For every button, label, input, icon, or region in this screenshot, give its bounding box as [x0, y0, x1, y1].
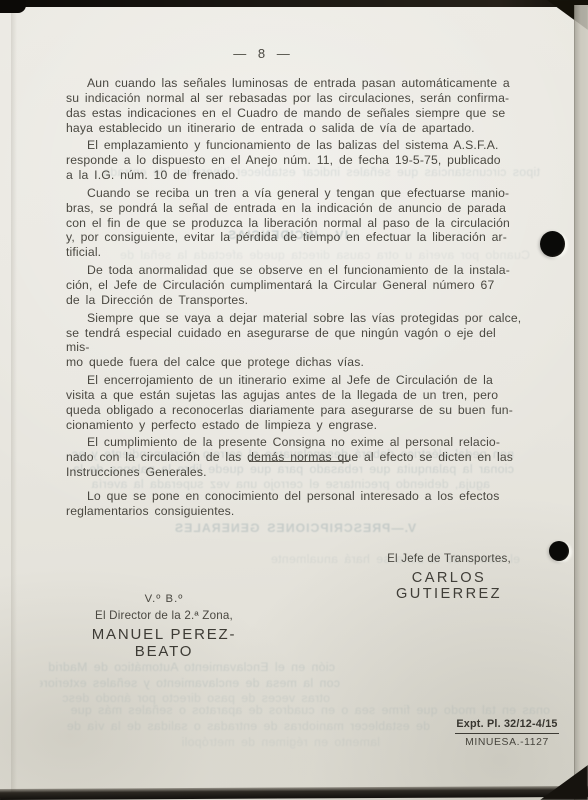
- expediente-reference: Expt. Pl. 32/12-4/15: [455, 718, 559, 734]
- signature-role: El Jefe de Transportes,: [368, 552, 530, 565]
- printer-mark: MINUESA.-1127: [455, 737, 559, 748]
- punch-hole-bottom: [549, 541, 569, 561]
- bleedthrough-text: ción en el Enclavamiento Automático de M…: [45, 660, 335, 674]
- photo-edge-top: [0, 0, 588, 7]
- paragraph: Siempre que se vaya a dejar material sob…: [66, 311, 524, 370]
- signature-name: MANUEL PEREZ-BEATO: [66, 626, 262, 660]
- signature-role: El Director de la 2.ª Zona,: [66, 609, 262, 622]
- paragraph: Lo que se pone en conocimiento del perso…: [66, 489, 524, 519]
- photo-edge-corner: [0, 0, 26, 13]
- paragraph: El cumplimiento de la presente Consigna …: [66, 435, 524, 480]
- paragraph: Aun cuando las señales luminosas de entr…: [66, 76, 524, 135]
- closing-statement: Lo que se pone en conocimiento del perso…: [66, 489, 524, 519]
- footer-reference-block: Expt. Pl. 32/12-4/15 MINUESA.-1127: [455, 718, 559, 748]
- punch-hole-top: [540, 231, 565, 257]
- bleedthrough-text: onas en tal modo que firme sea o en cuad…: [30, 703, 550, 717]
- signature-name: CARLOS GUTIERREZ: [368, 570, 530, 602]
- bleedthrough-text: otras veces de paso directo por ánodo de…: [50, 691, 330, 705]
- document-body: Aun cuando las señales luminosas de entr…: [66, 76, 524, 483]
- paragraph: El emplazamiento y funcionamiento de las…: [66, 138, 524, 183]
- bleedthrough-heading: V.—PRESCRIPCIONES GENERALES: [150, 521, 440, 535]
- paragraph: El encerrojamiento de un itinerario exim…: [66, 373, 524, 432]
- bleedthrough-text: de establecer maniobras de entradas o sa…: [40, 719, 430, 733]
- paragraph: Cuando se reciba un tren a vía general y…: [66, 186, 524, 260]
- bleedthrough-text: con la mesa de enclavamiento y señales e…: [40, 676, 340, 690]
- page-number: — 8 —: [0, 46, 524, 61]
- page-edge-right: [574, 5, 588, 800]
- signature-block-left: V.º B.º El Director de la 2.ª Zona, MANU…: [66, 593, 262, 660]
- scanned-document-page: tipos circunstancias que señales indicar…: [0, 0, 588, 800]
- page-fold-shadow: [11, 0, 17, 800]
- visto-bueno-label: V.º B.º: [66, 593, 262, 605]
- paragraph: De toda anormalidad que se observe en el…: [66, 263, 524, 308]
- signature-block-right: El Jefe de Transportes, CARLOS GUTIERREZ: [368, 552, 530, 602]
- section-divider: [249, 461, 349, 462]
- bleedthrough-text: lamento en régimen de metrópoli: [90, 735, 380, 749]
- photo-edge-bottom: [0, 786, 588, 800]
